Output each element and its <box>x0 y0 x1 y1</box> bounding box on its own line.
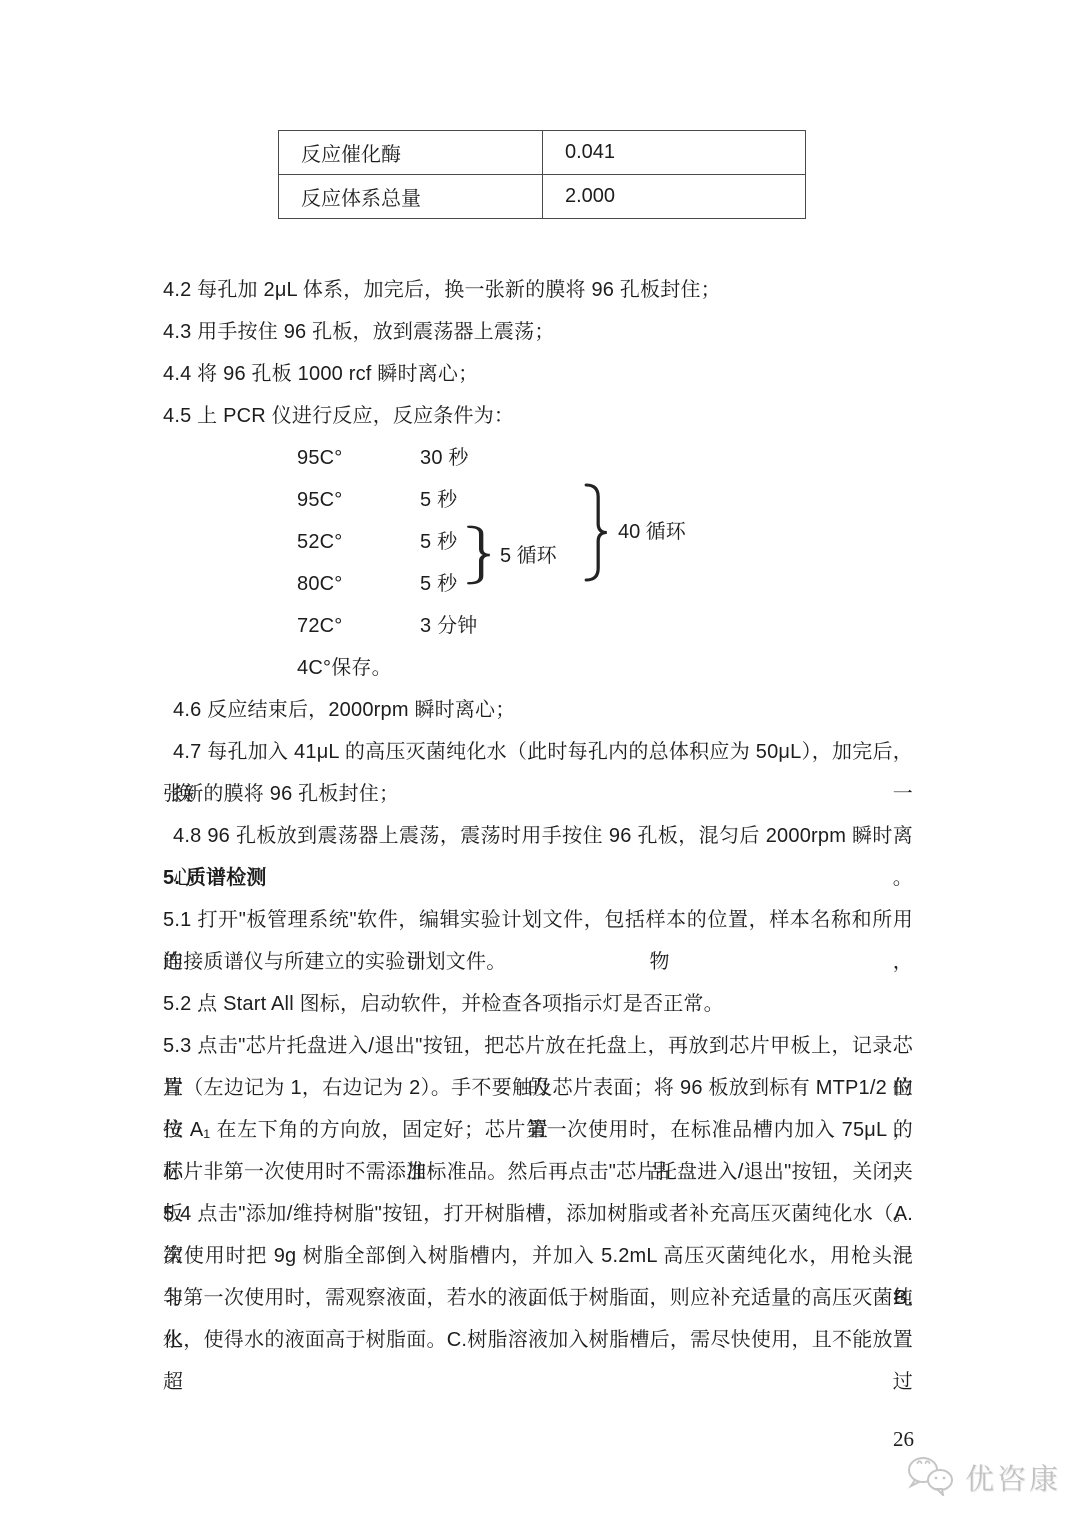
pcr-temperature: 80C° <box>297 563 420 605</box>
step-4-7-line-1: 4.7 每孔加入 41μL 的高压灭菌纯化水（此时每孔内的总体积应为 50μL）… <box>163 731 913 773</box>
pcr-temperature: 72C° <box>297 605 420 647</box>
body-text-column: 4.2 每孔加 2μL 体系，加完后，换一张新的膜将 96 孔板封住； 4.3 … <box>163 269 913 1361</box>
pcr-condition-row: 72C°3 分钟 <box>163 605 913 647</box>
table-cell-label: 反应体系总量 <box>279 175 543 219</box>
step-5-3-line-3: 按 A₁ 在左下角的方向放，固定好；芯片第一次使用时，在标准品槽内加入 75μL… <box>163 1109 913 1151</box>
step-5-3-line-2: 置（左边记为 1，右边记为 2）。手不要触及芯片表面；将 96 板放到标有 MT… <box>163 1067 913 1109</box>
step-5-2: 5.2 点 Start All 图标，启动软件，并检查各项指示灯是否正常。 <box>163 983 913 1025</box>
pcr-time: 5 秒 <box>420 573 457 595</box>
step-4-3: 4.3 用手按住 96 孔板，放到震荡器上震荡； <box>163 311 913 353</box>
step-5-4-line-4: 水，使得水的液面高于树脂面。C.树脂溶液加入树脂槽后，需尽快使用，且不能放置超过 <box>163 1319 913 1361</box>
step-4-8: 4.8 96 孔板放到震荡器上震荡，震荡时用手按住 96 孔板，混匀后 2000… <box>163 815 913 857</box>
step-5-3-line-4: 芯片非第一次使用时不需添加标准品。然后再点击"芯片托盘进入/退出"按钮，关闭夹板… <box>163 1151 913 1193</box>
step-4-5: 4.5 上 PCR 仪进行反应，反应条件为： <box>163 395 913 437</box>
pcr-temperature: 95C° <box>297 437 420 479</box>
step-5-4-line-2: 次使用时把 9g 树脂全部倒入树脂槽内，并加入 5.2mL 高压灭菌纯化水，用枪… <box>163 1235 913 1277</box>
pcr-temperature: 52C° <box>297 521 420 563</box>
reagent-table: 反应催化酶 0.041 反应体系总量 2.000 <box>278 130 806 219</box>
table-cell-label: 反应催化酶 <box>279 131 543 175</box>
page-number: 26 <box>893 1427 914 1452</box>
pcr-hold-row: 4C°保存。 <box>163 647 913 689</box>
table-row: 反应体系总量 2.000 <box>279 175 806 219</box>
watermark-text: 优咨康 <box>965 1457 1061 1498</box>
step-4-4: 4.4 将 96 孔板 1000 rcf 瞬时离心； <box>163 353 913 395</box>
step-5-1-line-1: 5.1 打开"板管理系统"软件，编辑实验计划文件，包括样本的位置，样本名称和所用… <box>163 899 913 941</box>
pcr-condition-row: 95C°5 秒 <box>163 479 913 521</box>
pcr-temperature: 95C° <box>297 479 420 521</box>
step-4-6: 4.6 反应结束后，2000rpm 瞬时离心； <box>163 689 913 731</box>
pcr-time: 3 分钟 <box>420 615 477 637</box>
step-5-4-line-1: 5.4 点击"添加/维持树脂"按钮，打开树脂槽，添加树脂或者补充高压灭菌纯化水（… <box>163 1193 913 1235</box>
table-row: 反应催化酶 0.041 <box>279 131 806 175</box>
watermark: 优咨康 <box>906 1454 1061 1501</box>
wechat-logo-icon <box>906 1454 958 1501</box>
pcr-time: 30 秒 <box>420 447 469 469</box>
step-4-2: 4.2 每孔加 2μL 体系，加完后，换一张新的膜将 96 孔板封住； <box>163 269 913 311</box>
table-cell-value: 2.000 <box>543 175 806 219</box>
pcr-time: 5 秒 <box>420 531 457 553</box>
step-5-4-line-3: 非第一次使用时，需观察液面，若水的液面低于树脂面，则应补充适量的高压灭菌纯化 <box>163 1277 913 1319</box>
pcr-condition-row: 95C°30 秒 <box>163 437 913 479</box>
outer-cycle-label: 40 循环 <box>618 483 686 582</box>
pcr-time: 5 秒 <box>420 489 457 511</box>
step-5-3-line-1: 5.3 点击"芯片托盘进入/退出"按钮，把芯片放在托盘上，再放到芯片甲板上，记录… <box>163 1025 913 1067</box>
table-cell-value: 0.041 <box>543 131 806 175</box>
inner-cycle-label: 5 循环 <box>500 528 557 584</box>
